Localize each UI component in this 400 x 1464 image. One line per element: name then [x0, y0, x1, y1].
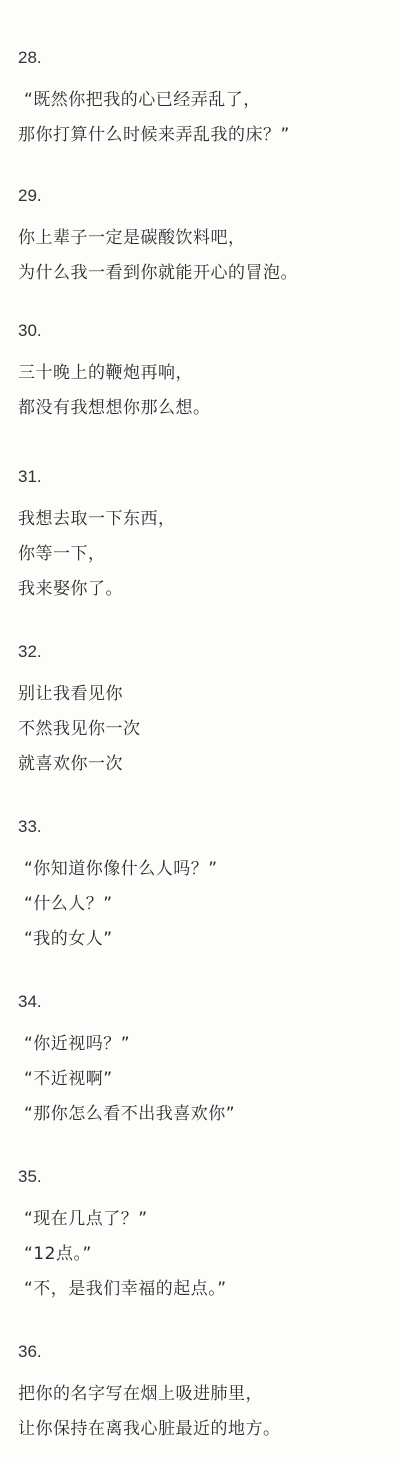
entry-line: “既然你把我的心已经弄乱了，: [24, 83, 390, 118]
entry-32: 32. 别让我看见你 不然我见你一次 就喜欢你一次: [18, 642, 390, 782]
entry-line: 就喜欢你一次: [18, 747, 390, 782]
entry-number: 32.: [18, 642, 390, 662]
entry-line: 让你保持在离我心脏最近的地方。: [18, 1412, 390, 1447]
entry-number: 30.: [18, 321, 390, 341]
entry-line: “我的女人”: [24, 922, 390, 957]
entry-line: “什么人？”: [24, 887, 390, 922]
entry-line: “那你怎么看不出我喜欢你”: [24, 1097, 390, 1132]
entry-number: 36.: [18, 1342, 390, 1362]
entry-line: “不近视啊”: [24, 1062, 390, 1097]
entry-line: 别让我看见你: [18, 677, 390, 712]
entry-number: 33.: [18, 817, 390, 837]
entry-line: “现在几点了？”: [24, 1202, 390, 1237]
entry-line: 我来娶你了。: [18, 572, 390, 607]
entry-line: “不，是我们幸福的起点。”: [24, 1272, 390, 1307]
entry-line: 那你打算什么时候来弄乱我的床？”: [18, 118, 390, 153]
entry-line: “你近视吗？”: [24, 1027, 390, 1062]
entry-number: 34.: [18, 992, 390, 1012]
entry-line: 为什么我一看到你就能开心的冒泡。: [18, 256, 390, 291]
entry-line: 你上辈子一定是碳酸饮料吧，: [18, 221, 390, 256]
entry-29: 29. 你上辈子一定是碳酸饮料吧， 为什么我一看到你就能开心的冒泡。: [18, 186, 390, 291]
entry-line: 我想去取一下东西，: [18, 502, 390, 537]
entry-line: 你等一下，: [18, 537, 390, 572]
entry-line: 都没有我想想你那么想。: [18, 391, 390, 426]
entry-line: 把你的名字写在烟上吸进肺里，: [18, 1377, 390, 1412]
entry-number: 29.: [18, 186, 390, 206]
entry-31: 31. 我想去取一下东西， 你等一下， 我来娶你了。: [18, 467, 390, 607]
entry-34: 34. “你近视吗？” “不近视啊” “那你怎么看不出我喜欢你”: [18, 992, 390, 1132]
entry-33: 33. “你知道你像什么人吗？” “什么人？” “我的女人”: [18, 817, 390, 957]
entry-line: 不然我见你一次: [18, 712, 390, 747]
entry-30: 30. 三十晚上的鞭炮再响， 都没有我想想你那么想。: [18, 321, 390, 426]
entry-number: 31.: [18, 467, 390, 487]
entry-line: “你知道你像什么人吗？”: [24, 852, 390, 887]
entry-36: 36. 把你的名字写在烟上吸进肺里， 让你保持在离我心脏最近的地方。: [18, 1342, 390, 1447]
entry-number: 28.: [18, 48, 390, 68]
entry-number: 35.: [18, 1167, 390, 1187]
entry-line: 三十晚上的鞭炮再响，: [18, 356, 390, 391]
entry-35: 35. “现在几点了？” “12点。” “不，是我们幸福的起点。”: [18, 1167, 390, 1307]
entry-28: 28. “既然你把我的心已经弄乱了， 那你打算什么时候来弄乱我的床？”: [18, 48, 390, 153]
entry-line: “12点。”: [24, 1237, 390, 1272]
